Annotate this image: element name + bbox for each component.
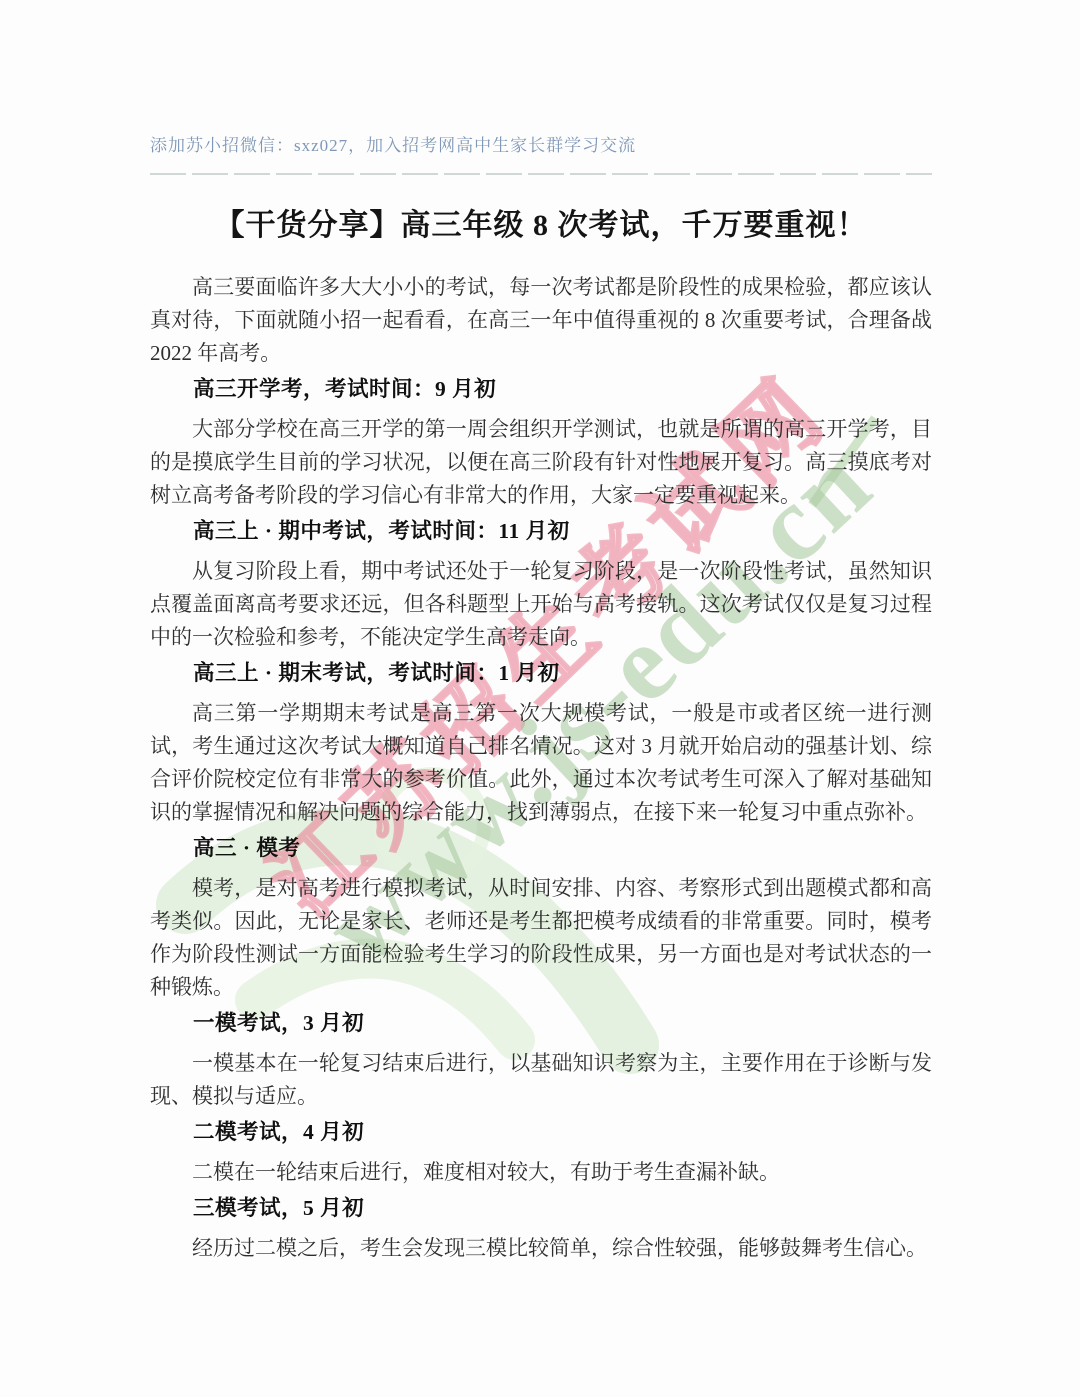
section-heading: 高三上 · 期中考试，考试时间：11 月初 [150, 515, 932, 548]
header-divider [150, 173, 932, 175]
page-title: 【干货分享】高三年级 8 次考试，千万要重视！ [150, 203, 932, 249]
section-paragraph: 二模在一轮结束后进行，难度相对较大，有助于考生查漏补缺。 [150, 1156, 932, 1189]
section-paragraph: 大部分学校在高三开学的第一周会组织开学测试，也就是所谓的高三开学考，目的是摸底学… [150, 413, 932, 512]
section-paragraph: 高三第一学期期末考试是高三第一次大规模考试，一般是市或者区统一进行测试，考生通过… [150, 697, 932, 829]
section-qimo: 高三上 · 期末考试，考试时间：1 月初 高三第一学期期末考试是高三第一次大规模… [150, 657, 932, 829]
section-ermo: 二模考试，4 月初 二模在一轮结束后进行，难度相对较大，有助于考生查漏补缺。 [150, 1116, 932, 1189]
section-heading: 二模考试，4 月初 [150, 1116, 932, 1149]
section-kaixuekao: 高三开学考，考试时间：9 月初 大部分学校在高三开学的第一周会组织开学测试，也就… [150, 373, 932, 512]
section-paragraph: 一模基本在一轮复习结束后进行，以基础知识考察为主，主要作用在于诊断与发现、模拟与… [150, 1047, 932, 1113]
section-heading: 一模考试，3 月初 [150, 1007, 932, 1040]
section-paragraph: 从复习阶段上看，期中考试还处于一轮复习阶段，是一次阶段性考试，虽然知识点覆盖面离… [150, 555, 932, 654]
section-heading: 高三开学考，考试时间：9 月初 [150, 373, 932, 406]
section-heading: 三模考试，5 月初 [150, 1192, 932, 1225]
intro-paragraph: 高三要面临许多大大小小的考试，每一次考试都是阶段性的成果检验，都应该认真对待，下… [150, 271, 932, 370]
header-note: 添加苏小招微信：sxz027，加入招考网高中生家长群学习交流 [150, 134, 932, 158]
section-paragraph: 模考，是对高考进行模拟考试，从时间安排、内容、考察形式到出题模式都和高考类似。因… [150, 872, 932, 1004]
document-page: 江苏招生考试网 www.js-edu.cn 添加苏小招微信：sxz027，加入招… [0, 0, 1080, 1397]
section-heading: 高三上 · 期末考试，考试时间：1 月初 [150, 657, 932, 690]
document-content: 添加苏小招微信：sxz027，加入招考网高中生家长群学习交流 【干货分享】高三年… [150, 134, 932, 1265]
section-mokao: 高三 · 模考 模考，是对高考进行模拟考试，从时间安排、内容、考察形式到出题模式… [150, 832, 932, 1004]
section-qizhong: 高三上 · 期中考试，考试时间：11 月初 从复习阶段上看，期中考试还处于一轮复… [150, 515, 932, 654]
section-sanmo: 三模考试，5 月初 经历过二模之后，考生会发现三模比较简单，综合性较强，能够鼓舞… [150, 1192, 932, 1265]
section-yimo: 一模考试，3 月初 一模基本在一轮复习结束后进行，以基础知识考察为主，主要作用在… [150, 1007, 932, 1113]
section-heading: 高三 · 模考 [150, 832, 932, 865]
section-paragraph: 经历过二模之后，考生会发现三模比较简单，综合性较强，能够鼓舞考生信心。 [150, 1232, 932, 1265]
